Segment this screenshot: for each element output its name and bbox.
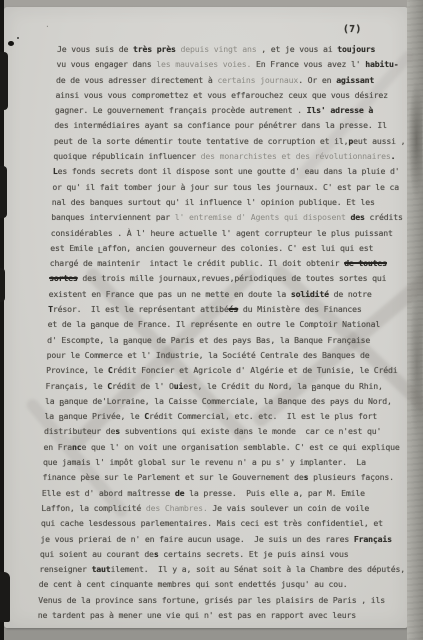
text-line: ainsi vous vous compromettez et vous eff… xyxy=(55,88,423,103)
text-line: et de la Banque de France. Il représente… xyxy=(48,317,423,332)
text-line: distributeur des subventions qui existe … xyxy=(44,424,423,439)
text-line: qui soient au courant des certains secre… xyxy=(40,547,423,562)
page-number: (7) xyxy=(343,24,362,35)
text-line: Français, le Crédit de l' Ouiest, le Cré… xyxy=(46,379,423,394)
document-text: Je vous suis de très près depuis vingt a… xyxy=(0,42,423,623)
text-line: or qu' il fait tomber jour à jour sur to… xyxy=(52,180,423,195)
text-line: Elle est d' abord maîtresse de la presse… xyxy=(42,486,423,501)
text-line: la Banque de'Lorraine, la Caisse Commerc… xyxy=(45,394,423,409)
text-line: en France que l' on voit une organisatio… xyxy=(43,440,423,455)
text-line: finance pèse sur le Parlement et sur le … xyxy=(42,470,423,485)
text-line: peut de la sorte démentir toute tentativ… xyxy=(54,134,423,149)
text-line: Trésor. Il est le représentant attibéés … xyxy=(48,302,423,317)
text-line: Je vous suis de très près depuis vingt a… xyxy=(57,42,423,57)
text-line: de de vous adresser directement à certai… xyxy=(56,73,423,88)
text-line: ne tardent pas à mener une vie qui n' es… xyxy=(38,608,423,623)
text-line: d' Escompte, la Banque de Paris et des P… xyxy=(47,333,423,348)
text-line: quoique républicain influencer des monar… xyxy=(53,149,423,164)
text-line: nal des banques surtout qu' il influence… xyxy=(52,195,423,210)
text-line: renseigner tautilement. Il y a, soit au … xyxy=(39,562,423,577)
text-line: considérables . À l' heure actuelle l' a… xyxy=(51,226,423,241)
text-line: existent en France que pas un ne mette e… xyxy=(49,287,423,302)
text-line: sortes des trois mille journaux,revues,p… xyxy=(49,271,423,286)
text-line: pour le Commerce et l' Industrie, la Soc… xyxy=(47,348,423,363)
text-line: je vous prierai de n' en faire aucun usa… xyxy=(40,532,423,547)
text-line: Laffon, la complicité des Chambres. Je v… xyxy=(41,501,423,516)
ink-speck: · xyxy=(45,22,50,31)
text-line: vu vous engager dans les mauvaises voies… xyxy=(56,57,423,72)
text-line: que jamais l' impôt global sur le revenu… xyxy=(43,455,423,470)
text-line: des intermédiaires ayant sa confiance po… xyxy=(54,118,423,133)
text-line: est Emile Laffon, ancien gouverneur des … xyxy=(50,241,423,256)
ink-dot xyxy=(17,37,19,39)
text-line: Les fonds secrets dont il dispose sont u… xyxy=(53,164,423,179)
text-line: qui cache lesdessous parlementaires. Mai… xyxy=(41,516,423,531)
scanned-document: · (7) Je vous suis de très près depuis v… xyxy=(0,0,423,640)
text-line: chargé de maintenir intact le crédit pub… xyxy=(50,256,423,271)
text-line: gagner. Le gouvernement français procède… xyxy=(55,103,423,118)
text-line: banques interviennent par l' entremise d… xyxy=(51,210,423,225)
text-line: la Banque Privée, le Crédit Commercial, … xyxy=(45,409,423,424)
text-line: Venus de la province sans fortune, grisé… xyxy=(38,593,423,608)
text-line: Province, le Crédit Foncier et Agricole … xyxy=(46,363,423,378)
text-line: de cent à cent cinquante membres qui son… xyxy=(39,577,423,592)
